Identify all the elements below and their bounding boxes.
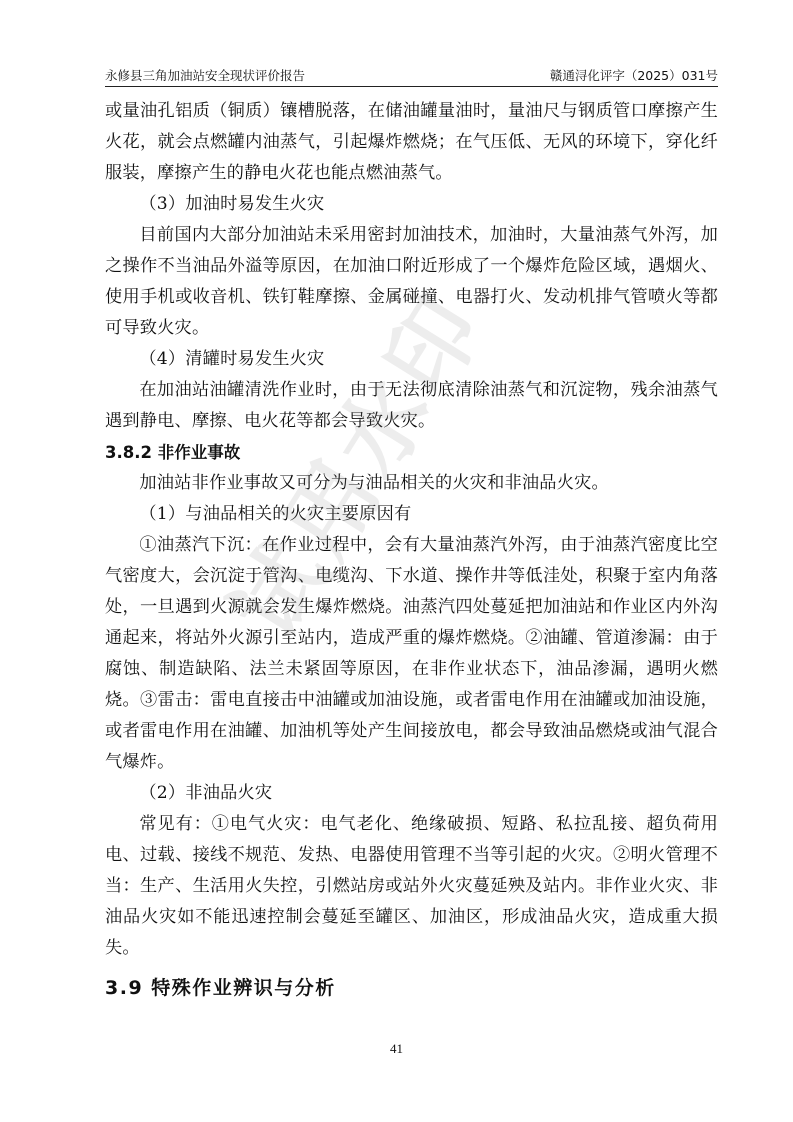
item-3-title: （3）加油时易发生火灾 bbox=[105, 189, 718, 220]
item-3-text: 目前国内大部分加油站未采用密封加油技术，加油时，大量油蒸气外泻，加之操作不当油品… bbox=[105, 220, 718, 344]
section-3-9-heading: 3.9 特殊作业辨识与分析 bbox=[105, 970, 718, 1006]
section-3-8-2-intro: 加油站非作业事故又可分为与油品相关的火灾和非油品火灾。 bbox=[105, 468, 718, 499]
sub-2-title: （2）非油品火灾 bbox=[105, 778, 718, 809]
section-3-8-2-heading: 3.8.2 非作业事故 bbox=[105, 437, 718, 468]
sub-1-text: ①油蒸汽下沉：在作业过程中，会有大量油蒸汽外泻，由于油蒸汽密度比空气密度大，会沉… bbox=[105, 530, 718, 778]
document-body: 或量油孔铝质（铜质）镶槽脱落，在储油罐量油时，量油尺与钢质管口摩擦产生火花，就会… bbox=[105, 96, 718, 1006]
sub-2-text: 常见有：①电气火灾：电气老化、绝缘破损、短路、私拉乱接、超负荷用电、过载、接线不… bbox=[105, 809, 718, 964]
sub-1-title: （1）与油品相关的火灾主要原因有 bbox=[105, 499, 718, 530]
paragraph-continued: 或量油孔铝质（铜质）镶槽脱落，在储油罐量油时，量油尺与钢质管口摩擦产生火花，就会… bbox=[105, 96, 718, 189]
page-number: 41 bbox=[0, 1041, 793, 1057]
page-header: 永修县三角加油站安全现状评价报告 赣通浔化评字（2025）031号 bbox=[105, 68, 718, 87]
report-number: 赣通浔化评字（2025）031号 bbox=[550, 68, 718, 84]
item-4-text: 在加油站油罐清洗作业时，由于无法彻底清除油蒸气和沉淀物，残余油蒸气遇到静电、摩擦… bbox=[105, 375, 718, 437]
item-4-title: （4）清罐时易发生火灾 bbox=[105, 344, 718, 375]
report-title: 永修县三角加油站安全现状评价报告 bbox=[105, 68, 305, 84]
